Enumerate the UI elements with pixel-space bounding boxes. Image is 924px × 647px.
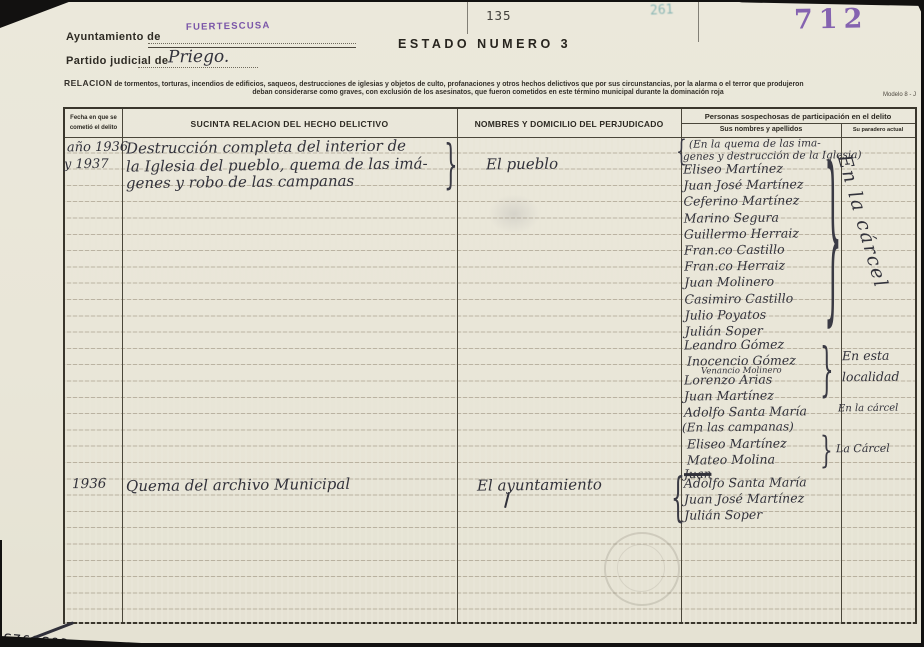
row1-date-line2: y 1937	[64, 157, 109, 172]
suspect-name: Juan José Martínez	[684, 491, 807, 508]
ink-smudge	[488, 194, 540, 234]
row1-group3-whereabouts: La Cárcel	[836, 442, 890, 456]
header-sub-nombres: Sus nombres y apellidos	[681, 126, 841, 133]
scanned-document-page: 135 261 712 Ayuntamiento de FUERTESCUSA …	[0, 0, 924, 647]
faint-circular-stamp-inner	[617, 544, 665, 592]
ayuntamiento-field-line	[148, 42, 356, 44]
row1-group3-brace: }	[820, 432, 833, 468]
suspect-name: Julián Soper	[684, 507, 807, 524]
header-sub-line	[681, 123, 915, 124]
suspect-name: Mateo Molina	[687, 452, 775, 468]
header-sub-paradero: Su paradero actual	[841, 127, 915, 133]
row1-note-line1: (En la quema de las ima-	[689, 137, 821, 150]
suspect-name: Eliseo Martínez	[687, 435, 787, 451]
header-fecha: Fecha en que se cometió el delito	[66, 114, 121, 133]
scan-corner-top-left	[0, 0, 74, 28]
suspect-name: Juan Molinero	[684, 274, 804, 291]
suspect-name: Guillermo Herraiz	[684, 225, 804, 242]
scan-edge-left	[0, 540, 2, 647]
partido-field-line	[138, 66, 258, 68]
row1-date-line1: año 1936	[67, 140, 128, 156]
relacion-paragraph-line2: deban considerarse como graves, con excl…	[64, 88, 912, 97]
row1-group2-brace: }	[820, 341, 834, 399]
row2-victim: El ayuntamiento	[477, 475, 602, 494]
suspect-name: Fran.co Castillo	[684, 241, 804, 258]
paper-crease-2	[698, 0, 699, 42]
suspect-name: Adolfo Santa María	[684, 474, 807, 491]
row1-note-campanas: (En las campanas)	[682, 419, 794, 434]
row1-offence-line3: genes y robo de las campanas	[126, 172, 354, 192]
suspect-name: Juan Martínez	[684, 388, 774, 404]
faint-teal-stamp: 261	[650, 2, 674, 18]
row1-adolfo-whereabouts: En la cárcel	[838, 403, 898, 415]
header-nombres: NOMBRES Y DOMICILIO DEL PERJUDICADO	[457, 119, 681, 129]
modelo-reference: Modelo 8 - J	[830, 92, 916, 98]
folio-number-stamp: 712	[794, 3, 869, 35]
relacion-word: RELACION	[64, 78, 112, 88]
suspect-name: Lorenzo Arias	[684, 372, 772, 388]
column-divider-1	[122, 109, 123, 622]
row1-offence-brace: }	[444, 138, 458, 191]
form-title: ESTADO NUMERO 3	[398, 37, 571, 51]
suspect-name: Fran.co Herraiz	[684, 258, 804, 275]
row1-victim: El pueblo	[486, 155, 558, 174]
suspect-name: Leandro Gómez	[684, 336, 784, 352]
relacion-text1: de tormentos, torturas, incendios de edi…	[114, 81, 803, 88]
ayuntamiento-label: Ayuntamiento de	[66, 31, 161, 43]
column-divider-3	[681, 109, 682, 622]
suspect-name: Eliseo Martínez	[683, 160, 803, 177]
header-sucinta: SUCINTA RELACION DEL HECHO DELICTIVO	[122, 119, 457, 129]
suspect-name: Marino Segura	[684, 209, 804, 226]
ayuntamiento-stamp-value: FUERTESCUSA	[186, 20, 271, 33]
page-number: 135	[486, 8, 512, 23]
row2-suspect-group: Adolfo Santa María Juan José Martínez Ju…	[684, 474, 807, 524]
suspect-name: Juan José Martínez	[683, 177, 803, 194]
row2-offence: Quema del archivo Municipal	[126, 475, 350, 495]
row1-group2-whereabouts-line2: localidad	[842, 369, 900, 385]
suspect-name: Ceferino Martínez	[683, 193, 803, 210]
suspect-name: Adolfo Santa María	[684, 403, 807, 419]
suspect-name: Julio Poyatos	[685, 306, 805, 323]
paper-crease-1	[467, 0, 468, 34]
partido-handwritten-value: Priego.	[168, 47, 230, 68]
row1-suspect-group1: Eliseo Martínez Juan José Martínez Cefer…	[683, 160, 805, 339]
row1-group2-whereabouts-line1: En esta	[842, 348, 890, 363]
suspect-name: Casimiro Castillo	[684, 290, 804, 307]
row2-date: 1936	[72, 476, 107, 492]
header-sospechosas: Personas sospechosas de participación en…	[681, 112, 915, 121]
